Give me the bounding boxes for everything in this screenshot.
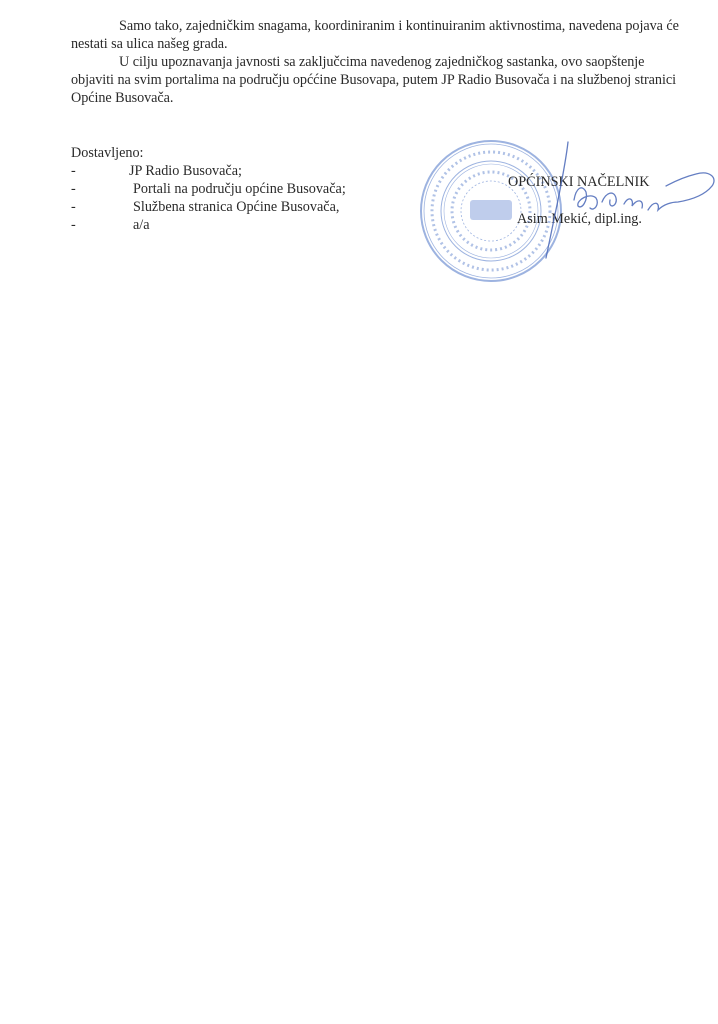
delivery-item-label: JP Radio Busovača; (129, 162, 242, 180)
document-page: Samo tako, zajedničkim snagama, koordini… (0, 0, 718, 1024)
paragraph-line: Općine Busovača. (71, 89, 651, 107)
delivery-item-label: Službena stranica Općine Busovača, (133, 198, 339, 216)
delivery-list: Dostavljeno: - JP Radio Busovača; - Port… (71, 144, 144, 234)
paragraph-line: Samo tako, zajedničkim snagama, koordini… (71, 17, 651, 35)
paragraph-line: nestati sa ulica našeg grada. (71, 35, 651, 53)
delivery-item-label: Portali na području općine Busovača; (133, 180, 346, 198)
paragraph-conclusion: Samo tako, zajedničkim snagama, koordini… (71, 17, 651, 53)
paragraph-publication: U cilju upoznavanja javnosti sa zaključc… (71, 53, 651, 107)
dash-bullet-icon: - (71, 162, 76, 180)
delivery-item: - JP Radio Busovača; (71, 162, 144, 180)
paragraph-line: U cilju upoznavanja javnosti sa zaključc… (71, 53, 651, 71)
delivery-item: - Službena stranica Općine Busovača, (71, 198, 144, 216)
delivery-item-label: a/a (133, 216, 150, 234)
delivery-heading: Dostavljeno: (71, 144, 144, 162)
paragraph-line: objaviti na svim portalima na području o… (71, 71, 651, 89)
dash-bullet-icon: - (71, 180, 76, 198)
dash-bullet-icon: - (71, 198, 76, 216)
dash-bullet-icon: - (71, 216, 76, 234)
signatory-title: OPĆINSKI NAČELNIK (508, 173, 649, 191)
signatory-name: Asim Mekić, dipl.ing. (517, 210, 649, 228)
document-body: Samo tako, zajedničkim snagama, koordini… (71, 17, 651, 107)
delivery-item: - a/a (71, 216, 144, 234)
delivery-item: - Portali na području općine Busovača; (71, 180, 144, 198)
signature-block: OPĆINSKI NAČELNIK Asim Mekić, dipl.ing. (508, 173, 649, 228)
